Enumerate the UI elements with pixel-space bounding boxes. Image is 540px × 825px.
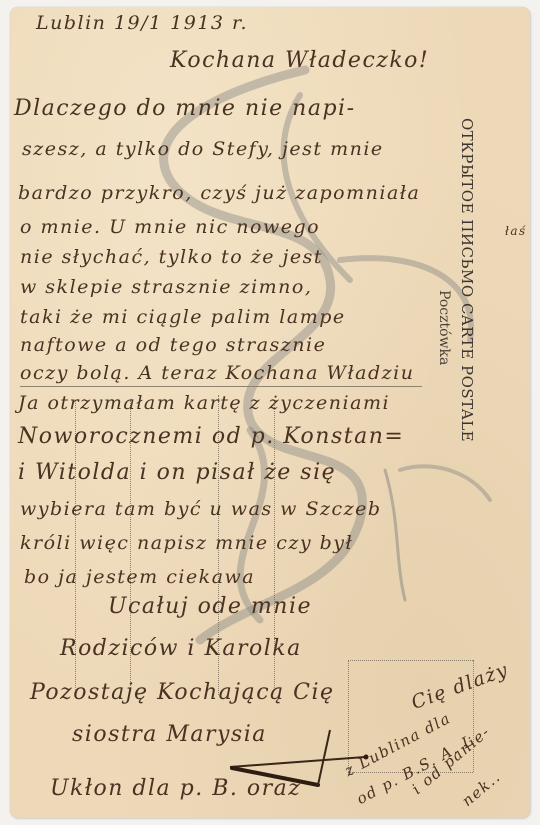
signature-line: siostra Marysia [72, 722, 267, 747]
closing-line: Pozostaję Kochającą Cię [30, 680, 335, 705]
margin-continuation: łaś [505, 224, 527, 238]
letter-line: taki że mi ciągle palim lampe [20, 306, 346, 328]
letter-line: oczy bolą. A teraz Kochana Władziu [20, 362, 414, 384]
place-date: Lublin 19/1 1913 r. [36, 12, 248, 34]
letter-line: bo ja jestem ciekawa [24, 566, 255, 588]
address-divider-line [20, 386, 422, 387]
salutation: Kochana Władeczko! [170, 48, 429, 73]
letter-line: o mnie. U mnie nic nowego [20, 216, 320, 238]
letter-line: Noworocznemi od p. Konstan= [18, 424, 404, 449]
postscript-bottom: Ukłon dla p. B. oraz [50, 776, 301, 801]
letter-line: wybiera tam być u was w Szczeb [20, 498, 382, 520]
letter-line: naftowe a od tego strasznie [20, 334, 326, 356]
letter-line: nie słychać, tylko to że jest [20, 246, 323, 268]
letter-line: szesz, a tylko do Stefy, jest mnie [22, 138, 384, 160]
closing-line: Ucałuj ode mnie [108, 594, 312, 619]
printed-carte-postale: ОТКРЫТОЕ ПИСЬМО CARTE POSTALE [458, 118, 476, 442]
letter-line: w sklepie strasznie zimno, [20, 276, 312, 298]
letter-line: i Witolda i on pisał że się [18, 460, 336, 485]
stamp-box-top [348, 660, 473, 661]
closing-line: Rodziców i Karolka [60, 636, 302, 661]
printed-pocztowka: Pocztówka [436, 290, 452, 365]
letter-line: Ja otrzymałam kartę z życzeniami [18, 392, 390, 414]
letter-line: bardzo przykro, czyś już zapomniała [18, 182, 420, 204]
stamp-box-left [348, 660, 349, 772]
letter-line: Dlaczego do mnie nie napi- [14, 96, 356, 121]
letter-line: króli więc napisz mnie czy był [20, 532, 353, 554]
